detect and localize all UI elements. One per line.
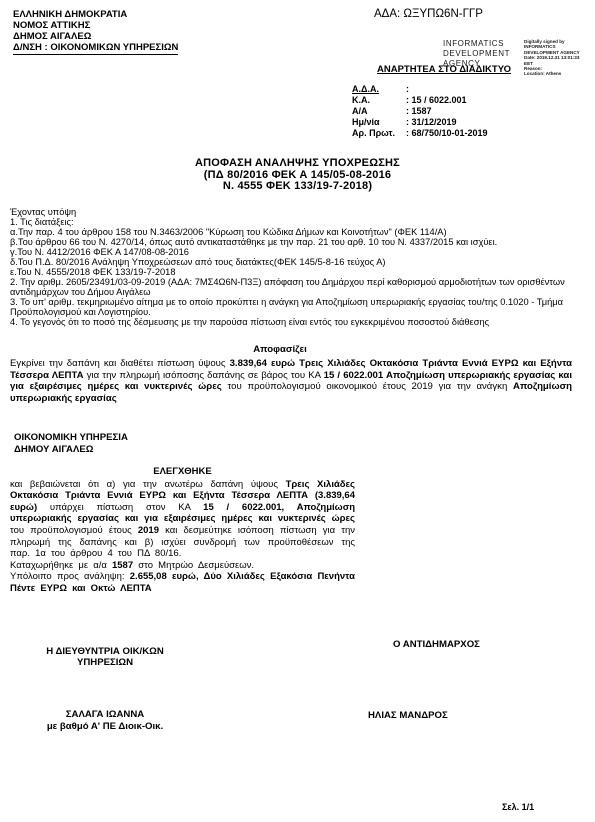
meta-value-protocol: : 68/750/10-01-2019 — [406, 128, 488, 139]
registry-text: στο Μητρώο Δεσμεύσεων. — [133, 560, 254, 571]
service-line-2: ΔΗΜΟΥ ΑΙΓΑΛΕΩ — [14, 444, 128, 456]
consideration-item: 2. Την αριθμ. 2605/23491/03-09-2019 (ΑΔΑ… — [10, 277, 588, 297]
consideration-item: 1. Τις διατάξεις: — [10, 217, 588, 227]
authority-line-republic: ΕΛΛΗΝΙΚΗ ΔΗΜΟΚΡΑΤΙΑ — [13, 9, 178, 20]
director-title-line-2: ΥΠΗΡΕΣΙΩΝ — [20, 657, 190, 668]
considerations-intro: Έχοντας υπόψη — [10, 207, 588, 217]
meta-value-ka: : 15 / 6022.001 — [406, 95, 467, 106]
registry-text: Καταχωρήθηκε με α/α — [10, 560, 112, 571]
consideration-item: 4. Το γεγονός ότι το ποσό της δέσμευσης … — [10, 317, 588, 327]
consideration-item: α.Την παρ. 4 του άρθρου 158 του Ν.3463/2… — [10, 227, 588, 237]
meta-label-date: Ημ/νία — [352, 117, 406, 128]
meta-value-date: : 31/12/2019 — [406, 117, 457, 128]
verification-text: και βεβαιώνεται ότι α) για την ανωτέρω δ… — [10, 479, 286, 490]
deputy-mayor-title: Ο ΑΝΤΙΔΗΜΑΡΧΟΣ — [393, 639, 480, 650]
decision-text: Εγκρίνει την δαπάνη και διαθέτει πίστωση… — [10, 358, 230, 369]
decision-paragraph: Εγκρίνει την δαπάνη και διαθέτει πίστωση… — [10, 358, 572, 404]
meta-row-aa: Α/Α : 1587 — [352, 106, 488, 117]
meta-label-ka: Κ.Α. — [352, 95, 406, 106]
authority-line-directorate: Δ/ΝΣΗ : ΟΙΚΟΝΟΜΙΚΩΝ ΥΠΗΡΕΣΙΩΝ — [13, 42, 178, 55]
consideration-item: δ.Του Π.Δ. 80/2016 Ανάληψη Υποχρεώσεων α… — [10, 257, 588, 267]
registry-number: 1587 — [112, 560, 133, 571]
decision-text: του προϋπολογισμού οικονομικού έτους 201… — [222, 381, 513, 392]
stamp-detail-line: Location: Athens — [524, 71, 594, 76]
consideration-item: β.Του άρθρου 66 του Ν. 4270/14, όπως αυτ… — [10, 237, 588, 247]
decision-heading: Αποφασίζει — [0, 344, 560, 355]
internet-posting-notice: ΑΝΑΡΤΗΤΕΑ ΣΤΟ ΔΙΑΔΙΚΤΥΟ — [377, 64, 511, 75]
meta-label-protocol: Αρ. Πρωτ. — [352, 128, 406, 139]
meta-value-ada: : — [406, 84, 409, 95]
meta-row-date: Ημ/νία : 31/12/2019 — [352, 117, 488, 128]
balance-label: Υπόλοιπο προς ανάληψη: — [10, 571, 130, 582]
meta-label-aa: Α/Α — [352, 106, 406, 117]
financial-service-label: ΟΙΚΟΝΟΜΙΚΗ ΥΠΗΡΕΣΙΑ ΔΗΜΟΥ ΑΙΓΑΛΕΩ — [14, 432, 128, 455]
title-line-1: ΑΠΟΦΑΣΗ ΑΝΑΛΗΨΗΣ ΥΠΟΧΡΕΩΣΗΣ — [0, 158, 595, 170]
verification-section: ΕΛΕΓΧΘΗΚΕ και βεβαιώνεται ότι α) για την… — [10, 466, 355, 595]
director-name: ΣΑΛΑΓΑ ΙΩΑΝΝΑ — [10, 709, 200, 721]
verification-paragraph: και βεβαιώνεται ότι α) για την ανωτέρω δ… — [10, 479, 355, 560]
meta-row-ada: Α.Δ.Α. : — [352, 84, 488, 95]
meta-row-protocol: Αρ. Πρωτ. : 68/750/10-01-2019 — [352, 128, 488, 139]
authority-header: ΕΛΛΗΝΙΚΗ ΔΗΜΟΚΡΑΤΙΑ ΝΟΜΟΣ ΑΤΤΙΚΗΣ ΔΗΜΟΣ … — [13, 9, 178, 55]
deputy-mayor-name: ΗΛΙΑΣ ΜΑΝΔΡΟΣ — [368, 710, 448, 721]
consideration-item: 3. Το υπ' αριθμ. τεκμηριωμένο αίτημα με … — [10, 297, 588, 317]
document-page: ΕΛΛΗΝΙΚΗ ΔΗΜΟΚΡΑΤΙΑ ΝΟΜΟΣ ΑΤΤΙΚΗΣ ΔΗΜΟΣ … — [0, 0, 595, 822]
service-line-1: ΟΙΚΟΝΟΜΙΚΗ ΥΠΗΡΕΣΙΑ — [14, 432, 128, 444]
page-number: Σελ. 1/1 — [502, 802, 534, 812]
consideration-item: ε.Του Ν. 4555/2018 ΦΕΚ 133/19-7-2018 — [10, 267, 588, 277]
director-grade: με βαθμό Α' ΠΕ Διοικ-Οικ. — [10, 721, 200, 733]
verification-heading: ΕΛΕΓΧΘΗΚΕ — [10, 466, 355, 478]
verification-text: υπάρχει πίστωση στον ΚΑ — [37, 502, 203, 513]
meta-value-aa: : 1587 — [406, 106, 432, 117]
considerations-section: Έχοντας υπόψη 1. Τις διατάξεις: α.Την πα… — [10, 207, 588, 327]
title-line-3: Ν. 4555 ΦΕΚ 133/19-7-2018) — [0, 181, 595, 193]
balance-line: Υπόλοιπο προς ανάληψη: 2.655,08 ευρώ, Δύ… — [10, 571, 355, 594]
decision-text: για την πληρωμή ισόποσης δαπάνης σε βάρο… — [84, 370, 324, 381]
director-title: Η ΔΙΕΥΘΥΝΤΡΙΑ ΟΙΚ/ΚΩΝ ΥΠΗΡΕΣΙΩΝ — [20, 646, 190, 668]
authority-line-municipality: ΔΗΜΟΣ ΑΙΓΑΛΕΩ — [13, 31, 178, 42]
ada-code: ΑΔΑ: ΩΞΥΠΩ6Ν-ΓΓΡ — [374, 8, 483, 20]
meta-label-ada: Α.Δ.Α. — [352, 84, 379, 94]
document-title: ΑΠΟΦΑΣΗ ΑΝΑΛΗΨΗΣ ΥΠΟΧΡΕΩΣΗΣ (ΠΔ 80/2016 … — [0, 158, 595, 193]
metadata-block: Α.Δ.Α. : Κ.Α. : 15 / 6022.001 Α/Α : 1587… — [352, 84, 488, 139]
meta-row-ka: Κ.Α. : 15 / 6022.001 — [352, 95, 488, 106]
stamp-signature-details: Digitally signed by INFORMATICS DEVELOPM… — [524, 39, 594, 77]
verification-year: 2019 — [138, 525, 159, 536]
director-title-line-1: Η ΔΙΕΥΘΥΝΤΡΙΑ ΟΙΚ/ΚΩΝ — [20, 646, 190, 657]
director-signature: ΣΑΛΑΓΑ ΙΩΑΝΝΑ με βαθμό Α' ΠΕ Διοικ-Οικ. — [10, 709, 200, 732]
authority-line-prefecture: ΝΟΜΟΣ ΑΤΤΙΚΗΣ — [13, 20, 178, 31]
verification-text: του προϋπολογισμού έτους — [10, 525, 138, 536]
registry-line: Καταχωρήθηκε με α/α 1587 στο Μητρώο Δεσμ… — [10, 560, 355, 572]
consideration-item: γ.Του Ν. 4412/2016 ΦΕΚ Α 147/08-08-2016 — [10, 247, 588, 257]
